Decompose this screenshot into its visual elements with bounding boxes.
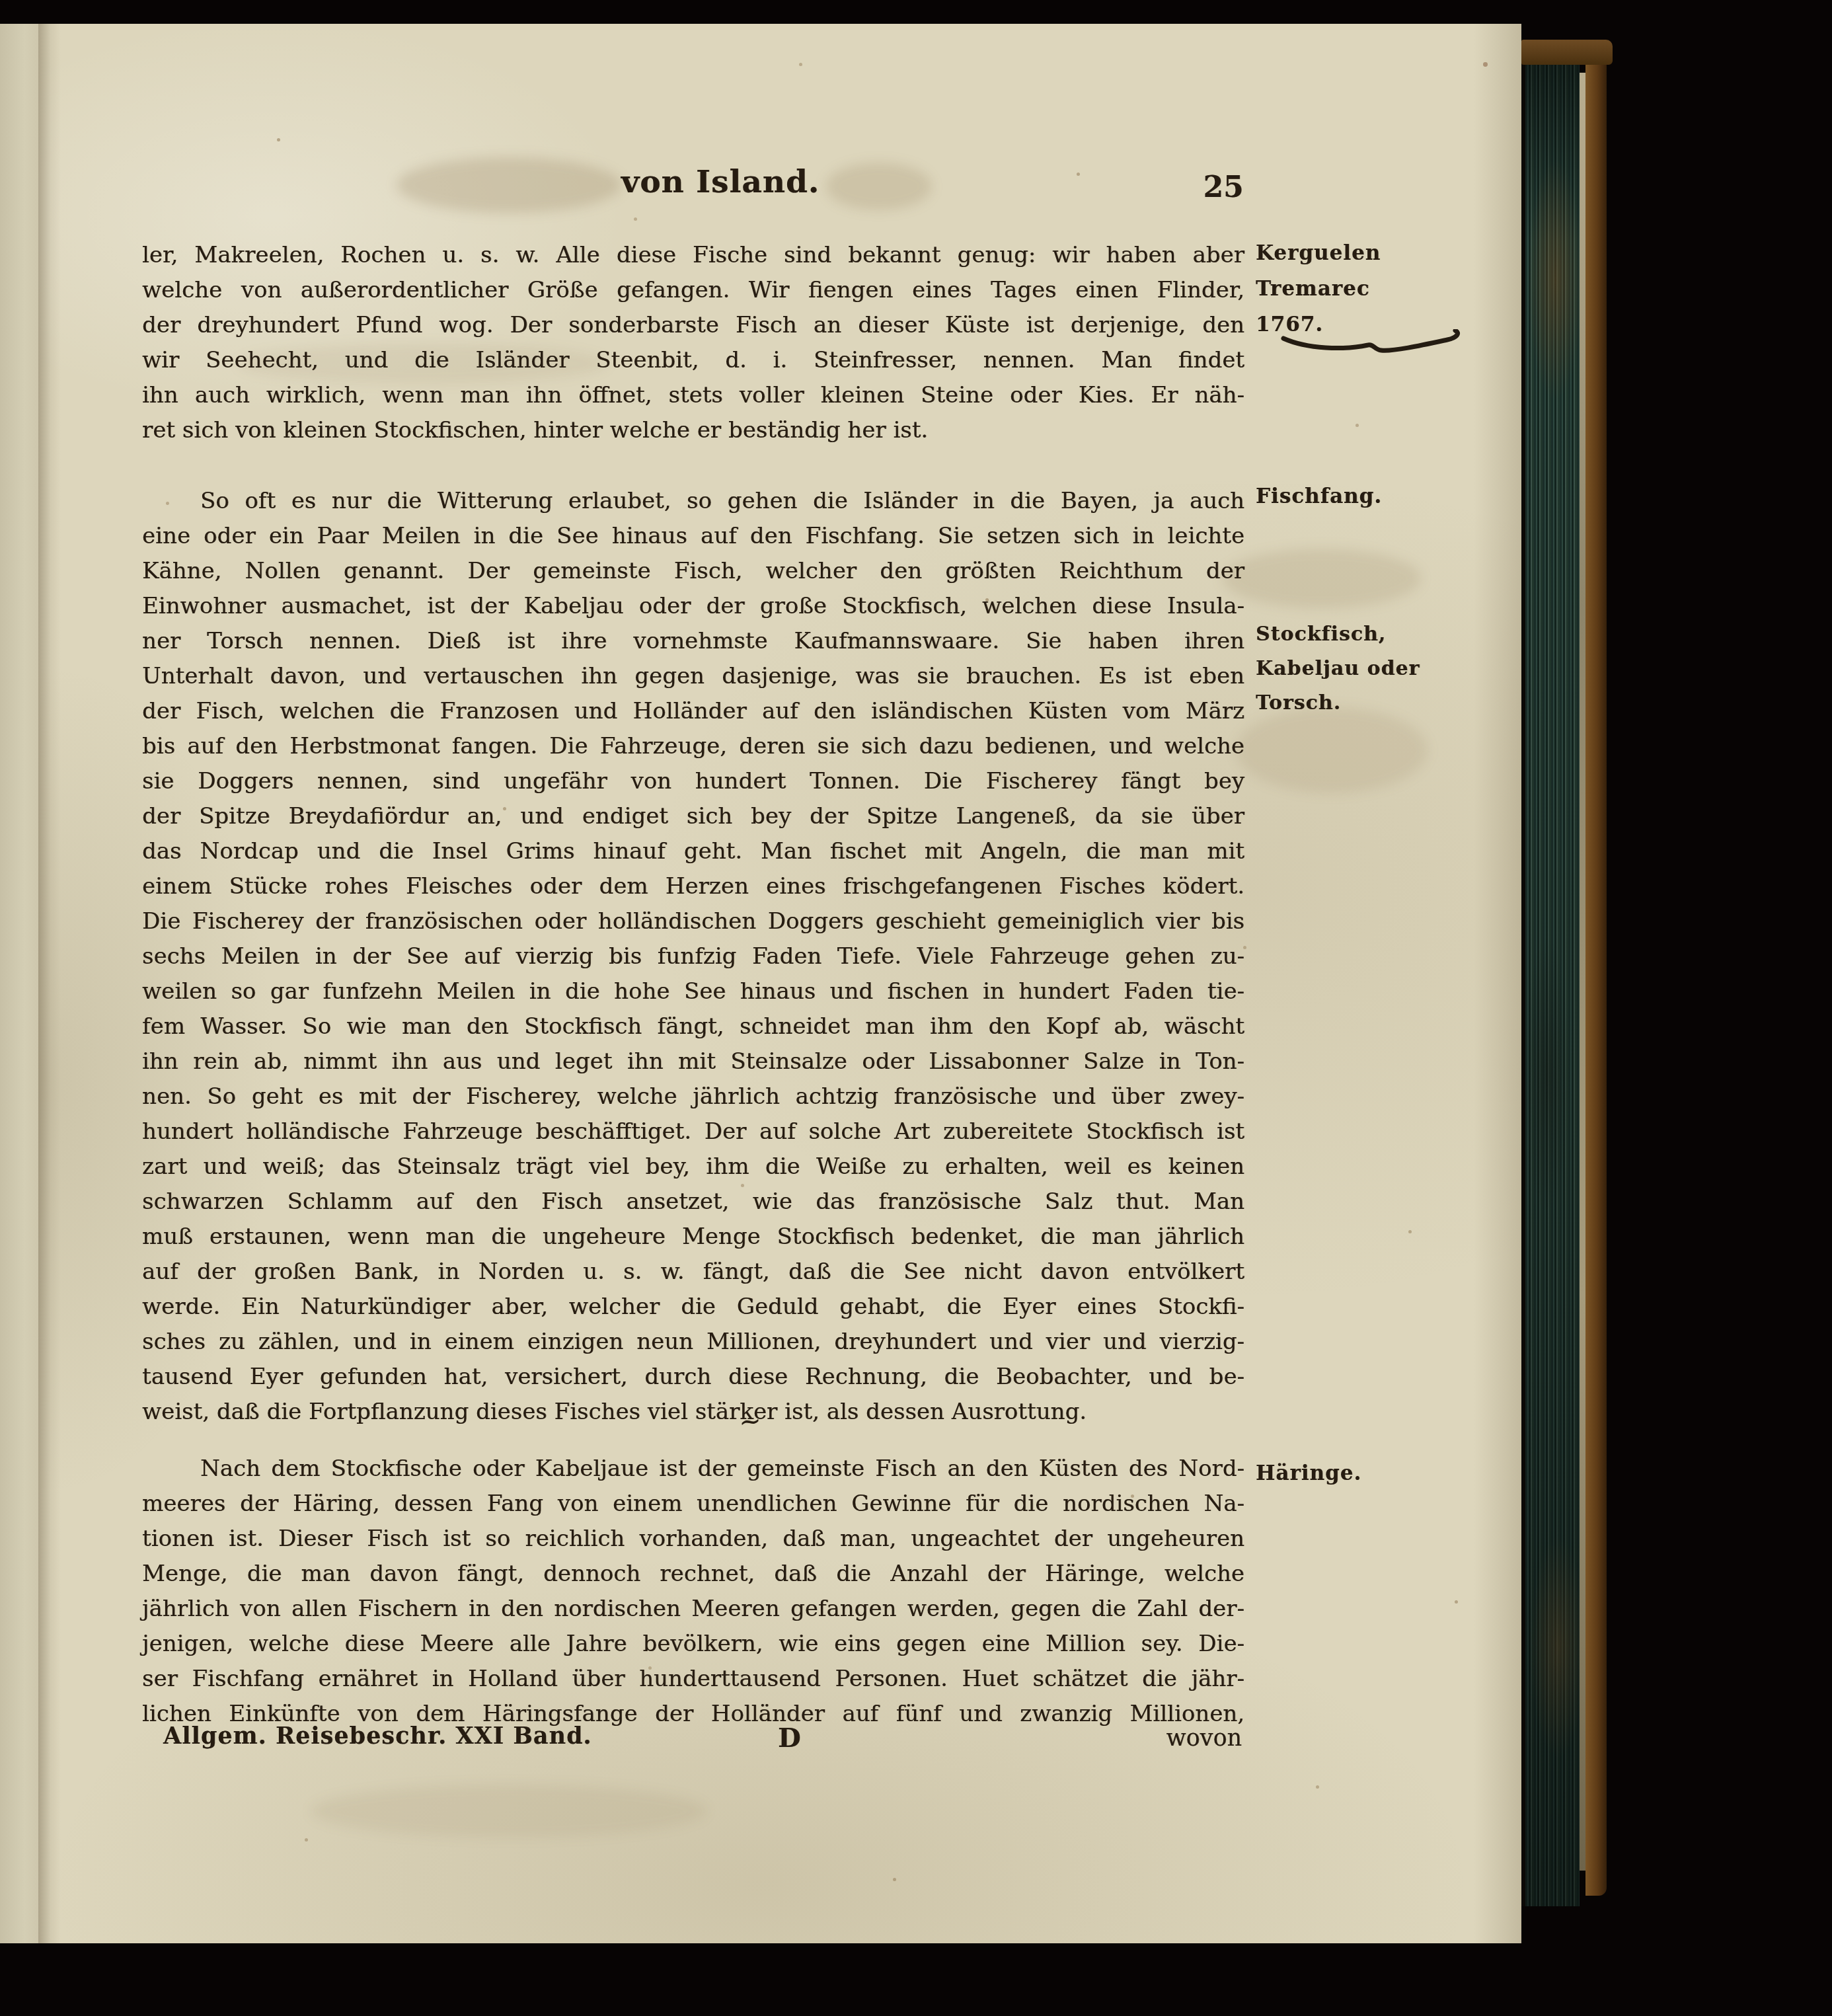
text-line: fem Wasser. So wie man den Stockfisch fä… [142,1009,1244,1044]
margin-note-brace [1281,329,1466,356]
text-line: Menge, die man davon fängt, dennoch rech… [142,1557,1244,1592]
margin-note-fischfang: Fischfang. [1256,479,1484,514]
text-line: bis auf den Herbstmonat fangen. Die Fahr… [142,729,1244,764]
text-line: das Nordcap und die Insel Grims hinauf g… [142,834,1244,869]
margin-note-kerguelen: KerguelenTremarec 1767. [1256,235,1484,342]
text-line: ihn auch wirklich, wenn man ihn öffnet, … [142,378,1244,413]
text-line: schwarzen Schlamm auf den Fisch ansetzet… [142,1184,1244,1220]
running-title: von Island. [608,164,833,200]
text-line: Einwohner ausmachet, ist der Kabeljau od… [142,589,1244,624]
text-line: meeres der Häring, dessen Fang von einem… [142,1487,1244,1522]
text-line: jährlich von allen Fischern in den nordi… [142,1592,1244,1627]
text-line: nen. So geht es mit der Fischerey, welch… [142,1079,1244,1114]
text-line: Tremarec [1256,271,1484,307]
text-line: der Fisch, welchen die Franzosen und Hol… [142,694,1244,729]
bleed-through-smudge [1223,549,1421,608]
text-line: werde. Ein Naturkündiger aber, welcher d… [142,1290,1244,1325]
text-line: tausend Eyer gefunden hat, versichert, d… [142,1360,1244,1395]
text-line: weist, daß die Fortpflanzung dieses Fisc… [142,1395,1244,1430]
text-line: So oft es nur die Witterung erlaubet, so… [142,484,1244,519]
text-line: der Spitze Breydafiördur an, und endiget… [142,799,1244,834]
text-line: ner Torsch nennen. Dieß ist ihre vornehm… [142,624,1244,659]
bleed-through-smudge [397,157,621,213]
text-line: eine oder ein Paar Meilen in die See hin… [142,519,1244,554]
margin-note-haeringe: Häringe. [1256,1455,1484,1491]
volume-signature-line: Allgem. Reisebeschr. XXI Band. [163,1723,592,1750]
catchword: wovon [1166,1725,1242,1752]
text-line: Häringe. [1256,1455,1484,1491]
text-line: weilen so gar funfzehn Meilen in die hoh… [142,974,1244,1009]
gutter-fold-shadow [38,24,61,1943]
text-line: sie Doggers nennen, sind ungefähr von hu… [142,764,1244,799]
text-line: Kabeljau oder [1256,652,1484,686]
fore-edge-highlight [1580,73,1585,1871]
text-line: Kerguelen [1256,235,1484,271]
scan-background: { "page": { "header": { "running_title":… [0,0,1832,2016]
text-line: zart und weiß; das Steinsalz trägt viel … [142,1149,1244,1184]
page-footer: Allgem. Reisebeschr. XXI Band. D wovon [142,1723,1244,1762]
margin-note-stockfisch: Stockfisch,Kabeljau oderTorsch. [1256,617,1484,720]
fore-edge-pages [1525,58,1580,1906]
paragraph: So oft es nur die Witterung erlaubet, so… [142,484,1244,1430]
cover-board-top-corner [1521,40,1613,65]
text-line: ret sich von kleinen Stockfischen, hinte… [142,413,1244,448]
text-line: auf der großen Bank, in Norden u. s. w. … [142,1255,1244,1290]
text-line: Nach dem Stockfische oder Kabeljaue ist … [142,1452,1244,1487]
paragraph: Nach dem Stockfische oder Kabeljaue ist … [142,1452,1244,1732]
text-line: Stockfisch, [1256,617,1484,652]
gathering-signature-mark: D [778,1723,801,1754]
text-line: der dreyhundert Pfund wog. Der sonderbar… [142,308,1244,343]
text-line: einem Stücke rohes Fleisches oder dem He… [142,869,1244,904]
text-line: sechs Meilen in der See auf vierzig bis … [142,939,1244,974]
text-line: Unterhalt davon, und vertauschen ihn geg… [142,659,1244,694]
text-line: Torsch. [1256,686,1484,720]
paragraph: ler, Makreelen, Rochen u. s. w. Alle die… [142,238,1244,448]
page-number: 25 [1187,171,1260,204]
text-line: ser Fischfang ernähret in Holland über h… [142,1662,1244,1697]
text-line: muß erstaunen, wenn man die ungeheure Me… [142,1220,1244,1255]
text-line: Kähne, Nollen genannt. Der gemeinste Fis… [142,554,1244,589]
text-line: ler, Makreelen, Rochen u. s. w. Alle die… [142,238,1244,273]
text-line: welche von außerordentlicher Größe gefan… [142,273,1244,308]
text-line: sches zu zählen, und in einem einzigen n… [142,1325,1244,1360]
text-line: jenigen, welche diese Meere alle Jahre b… [142,1627,1244,1662]
text-line: tionen ist. Dieser Fisch ist so reichlic… [142,1522,1244,1557]
text-line: Fischfang. [1256,479,1484,514]
text-line: Die Fischerey der französischen oder hol… [142,904,1244,939]
text-line: wir Seehecht, und die Isländer Steenbit,… [142,343,1244,378]
section-ornament: ~ [738,1405,763,1438]
bleed-through-smudge [826,163,932,210]
paper-speckles [0,0,2,2]
bleed-through-smudge [311,1785,707,1838]
adjacent-page-edge [0,24,38,1943]
cover-board-edge [1585,56,1607,1896]
text-line: ihn rein ab, nimmt ihn aus und leget ihn… [142,1044,1244,1079]
text-line: hundert holländische Fahrzeuge beschäfft… [142,1114,1244,1149]
